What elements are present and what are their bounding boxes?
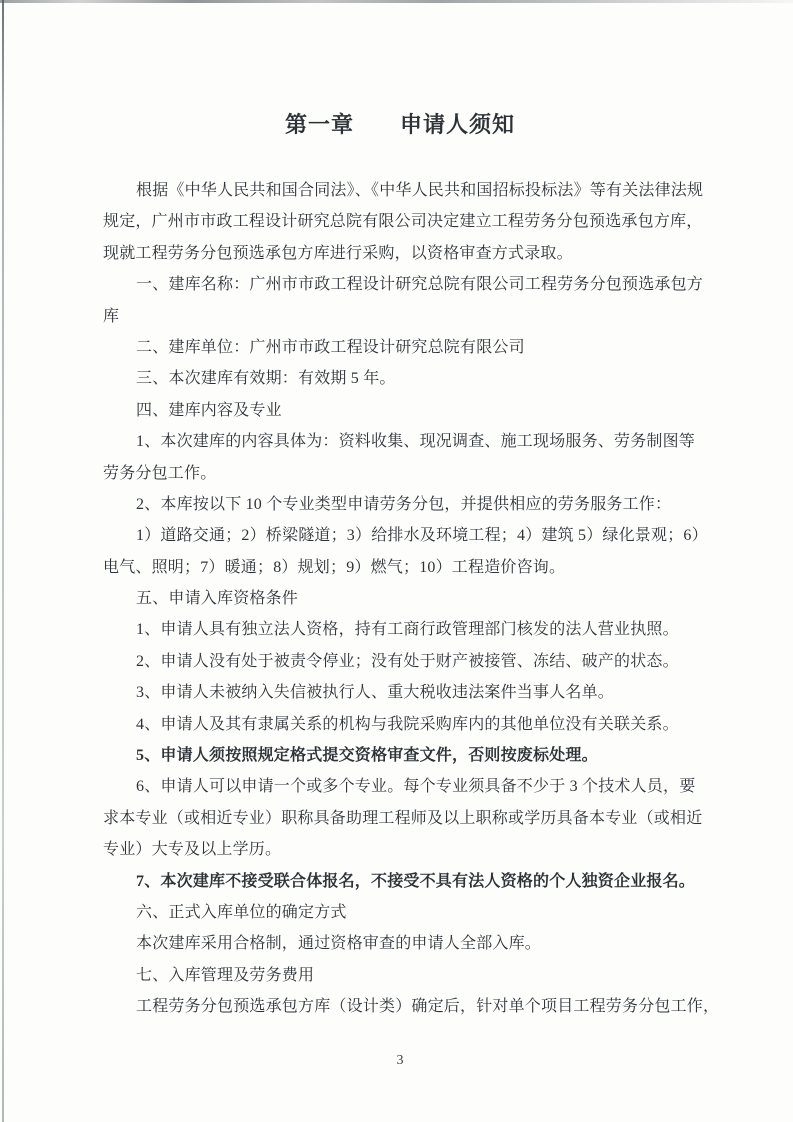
text-line: 电气、照明；7）暖通；8）规划；9）燃气；10）工程造价咨询。 xyxy=(103,552,697,583)
document-body: 根据《中华人民共和国合同法》、《中华人民共和国招标投标法》等有关法律法规规定，广… xyxy=(103,175,697,1023)
text-line: 7、本次建库不接受联合体报名，不接受不具有法人资格的个人独资企业报名。 xyxy=(103,866,697,897)
text-line: 6、申请人可以申请一个或多个专业。每个专业须具备不少于 3 个技术人员，要 xyxy=(103,771,697,802)
text-line: 四、建库内容及专业 xyxy=(103,395,697,426)
text-line: 3、申请人未被纳入失信被执行人、重大税收违法案件当事人名单。 xyxy=(103,677,697,708)
text-line: 根据《中华人民共和国合同法》、《中华人民共和国招标投标法》等有关法律法规 xyxy=(103,175,697,206)
text-line: 一、建库名称：广州市市政工程设计研究总院有限公司工程劳务分包预选承包方 xyxy=(103,269,697,300)
text-line: 六、正式入库单位的确定方式 xyxy=(103,897,697,928)
text-line: 七、入库管理及劳务费用 xyxy=(103,960,697,991)
text-line: 规定，广州市市政工程设计研究总院有限公司决定建立工程劳务分包预选承包方库， xyxy=(103,206,697,237)
page-number: 3 xyxy=(103,1053,697,1069)
text-line: 求本专业（或相近专业）职称具备助理工程师及以上职称或学历具备本专业（或相近 xyxy=(103,803,697,834)
text-line: 1、申请人具有独立法人资格，持有工商行政管理部门核发的法人营业执照。 xyxy=(103,614,697,645)
text-line: 4、申请人及其有隶属关系的机构与我院采购库内的其他单位没有关联关系。 xyxy=(103,709,697,740)
scan-artifact-top-edge xyxy=(0,0,793,3)
chapter-title: 第一章 申请人须知 xyxy=(103,108,697,142)
text-line: 专业）大专及以上学历。 xyxy=(103,834,697,865)
text-line: 2、本库按以下 10 个专业类型申请劳务分包，并提供相应的劳务服务工作： xyxy=(103,489,697,520)
text-line: 库 xyxy=(103,301,697,332)
text-line: 1、本次建库的内容具体为：资料收集、现况调查、施工现场服务、劳务制图等 xyxy=(103,426,697,457)
text-line: 2、申请人没有处于被责令停业；没有处于财产被接管、冻结、破产的状态。 xyxy=(103,646,697,677)
text-line: 5、申请人须按照规定格式提交资格审查文件，否则按废标处理。 xyxy=(103,740,697,771)
text-line: 1）道路交通；2）桥梁隧道；3）给排水及环境工程；4）建筑 5）绿化景观；6） xyxy=(103,520,697,551)
scanned-page: 第一章 申请人须知 根据《中华人民共和国合同法》、《中华人民共和国招标投标法》等… xyxy=(0,0,793,1122)
text-line: 本次建库采用合格制，通过资格审查的申请人全部入库。 xyxy=(103,928,697,959)
text-line: 三、本次建库有效期：有效期 5 年。 xyxy=(103,363,697,394)
text-line: 工程劳务分包预选承包方库（设计类）确定后，针对单个项目工程劳务分包工作， xyxy=(103,991,697,1022)
text-line: 现就工程劳务分包预选承包方库进行采购，以资格审查方式录取。 xyxy=(103,238,697,269)
text-line: 二、建库单位：广州市市政工程设计研究总院有限公司 xyxy=(103,332,697,363)
text-line: 劳务分包工作。 xyxy=(103,458,697,489)
scan-artifact-left-edge xyxy=(2,0,4,1122)
text-line: 五、申请入库资格条件 xyxy=(103,583,697,614)
